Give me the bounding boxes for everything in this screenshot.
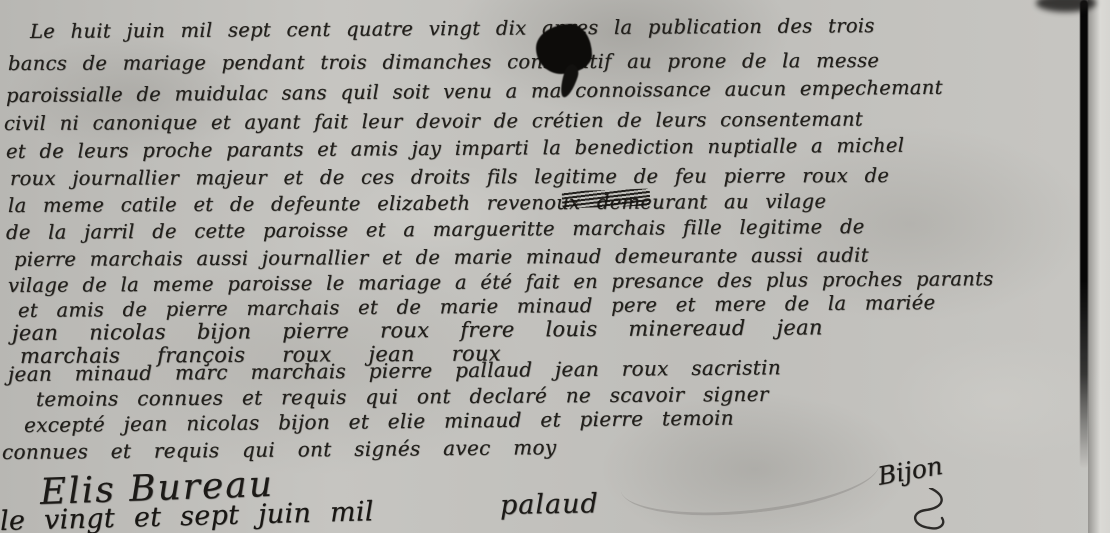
signature-bijon: Bijon <box>875 451 944 491</box>
manuscript-line: connues et requis qui ont signés avec mo… <box>2 435 557 464</box>
ink-show-through <box>617 427 883 527</box>
signature-paraph-flourish <box>900 488 960 533</box>
manuscript-line: la meme catile et de defeunte elizabeth … <box>8 190 826 217</box>
manuscript-page: Le huit juin mil sept cent quatre vingt … <box>0 0 1110 533</box>
manuscript-line: jean nicolas bijon pierre roux frere lou… <box>12 315 823 345</box>
ink-blot <box>536 24 592 74</box>
manuscript-line: paroissialle de muidulac sans quil soit … <box>6 76 943 107</box>
manuscript-line: roux journallier majeur et de ces droits… <box>10 164 889 190</box>
manuscript-line: civil ni canonique et ayant fait leur de… <box>4 108 863 135</box>
manuscript-line: bancs de mariage pendant trois dimanches… <box>8 49 879 75</box>
signature-palaud: palaud <box>500 488 599 521</box>
manuscript-line: et de leurs proche parants et amis jay i… <box>6 134 904 163</box>
manuscript-line: de la jarril de cette paroisse et a marg… <box>6 215 865 244</box>
manuscript-line: pierre marchais aussi journallier et de … <box>14 244 869 271</box>
crossed-out-word <box>562 188 651 208</box>
page-edge-shadow <box>1088 0 1110 533</box>
page-gutter-ink-line <box>1080 0 1088 468</box>
manuscript-line: Le huit juin mil sept cent quatre vingt … <box>30 14 875 43</box>
